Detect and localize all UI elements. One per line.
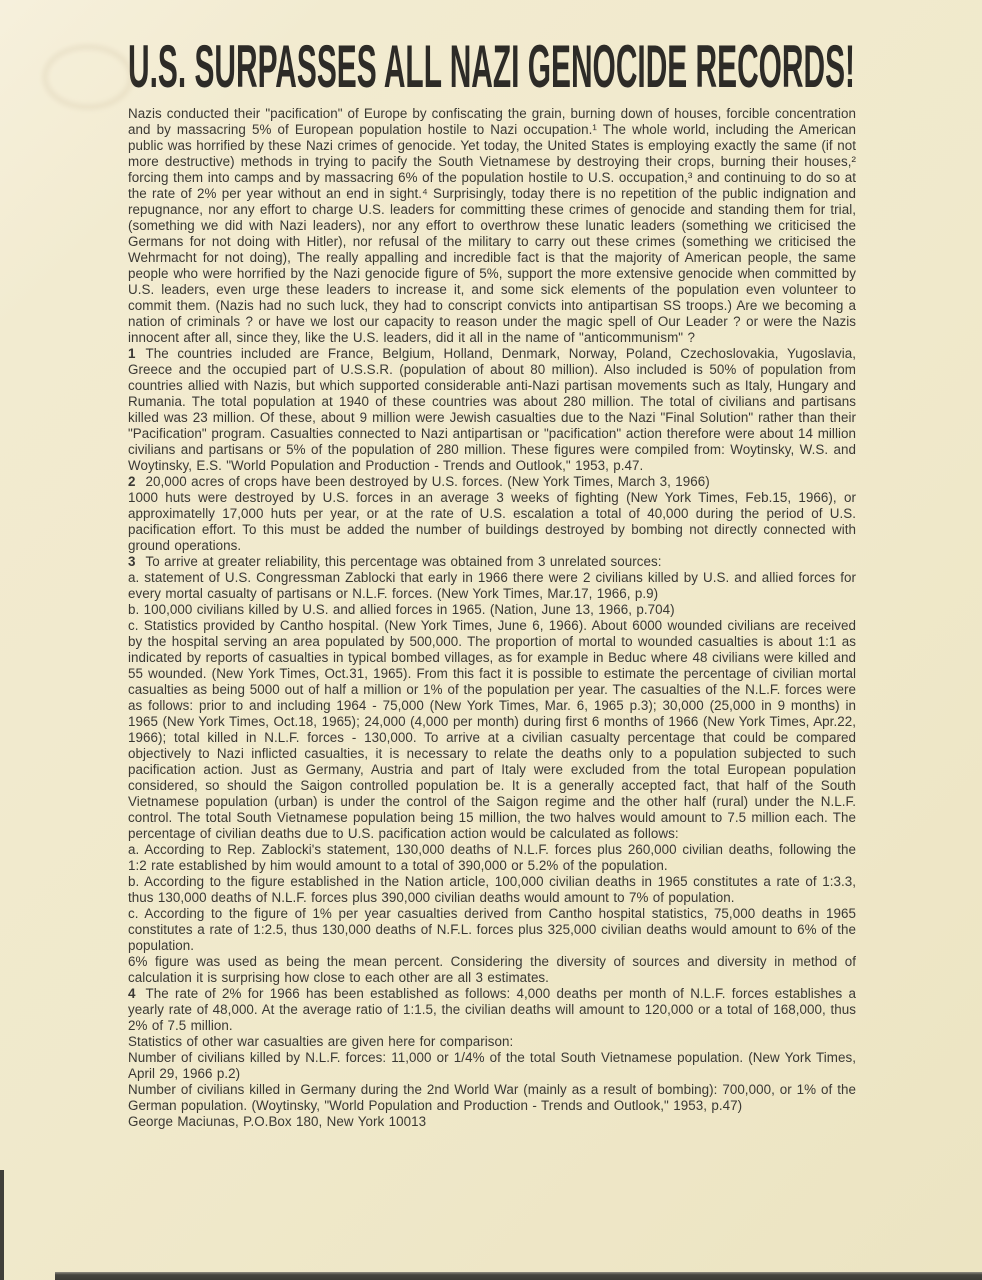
text-column: Nazis conducted their "pacification" of … bbox=[128, 106, 856, 1130]
title-block: U.S. SURPASSES ALL NAZI GENOCIDE RECORDS… bbox=[128, 36, 982, 98]
footnote-4-text: The rate of 2% for 1966 has been establi… bbox=[128, 986, 856, 1033]
footnote-3-number: 3 bbox=[128, 554, 146, 569]
footnote-3: 3To arrive at greater reliability, this … bbox=[128, 554, 856, 986]
footnote-1-number: 1 bbox=[128, 346, 146, 361]
footnote-2-text: 20,000 acres of crops have been destroye… bbox=[128, 474, 856, 553]
footnote-4-number: 4 bbox=[128, 986, 146, 1001]
intro-paragraph: Nazis conducted their "pacification" of … bbox=[128, 106, 856, 346]
title-svg: U.S. SURPASSES ALL NAZI GENOCIDE RECORDS… bbox=[128, 36, 858, 98]
author-text: George Maciunas, P.O.Box 180, New York 1… bbox=[128, 1114, 426, 1129]
footnote-2-number: 2 bbox=[128, 474, 146, 489]
page-title: U.S. SURPASSES ALL NAZI GENOCIDE RECORDS… bbox=[128, 36, 855, 98]
author-line: George Maciunas, P.O.Box 180, New York 1… bbox=[128, 1114, 856, 1130]
footnote-4: 4The rate of 2% for 1966 has been establ… bbox=[128, 986, 856, 1034]
comparison-text: Statistics of other war casualties are g… bbox=[128, 1034, 856, 1113]
flyer-page: U.S. SURPASSES ALL NAZI GENOCIDE RECORDS… bbox=[0, 0, 982, 1280]
paper-stain bbox=[42, 44, 134, 110]
scan-edge-left bbox=[0, 1170, 4, 1280]
footnote-1: 1The countries included are France, Belg… bbox=[128, 346, 856, 474]
intro-text: Nazis conducted their "pacification" of … bbox=[128, 106, 856, 345]
footnote-1-text: The countries included are France, Belgi… bbox=[128, 346, 856, 473]
footnote-3-text: To arrive at greater reliability, this p… bbox=[128, 554, 856, 985]
scan-edge-bottom bbox=[55, 1272, 982, 1280]
footnote-2: 220,000 acres of crops have been destroy… bbox=[128, 474, 856, 554]
comparison-paragraph: Statistics of other war casualties are g… bbox=[128, 1034, 856, 1114]
